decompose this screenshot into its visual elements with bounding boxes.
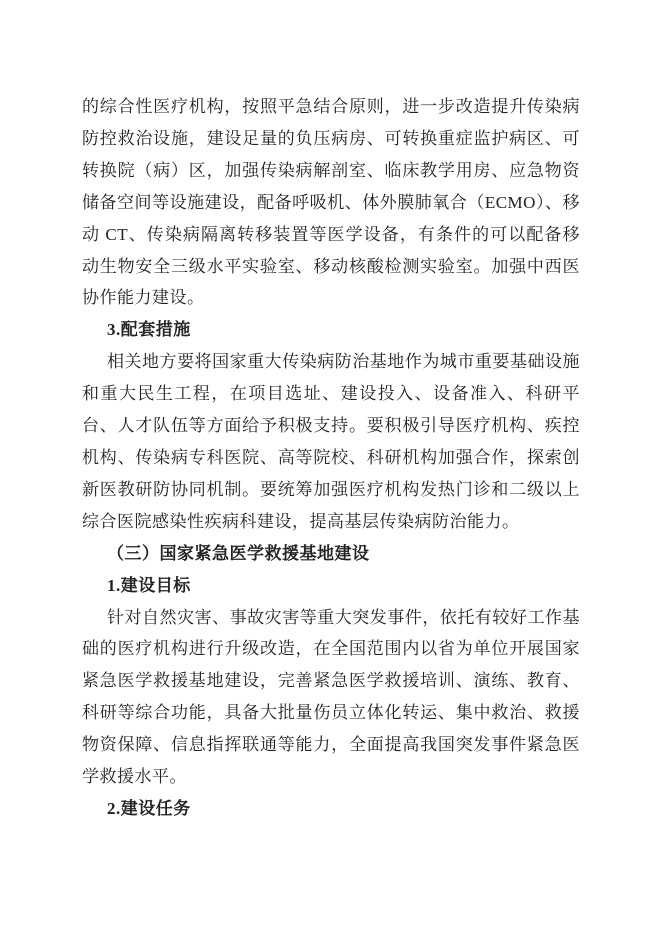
heading-section-three-emergency-medical-rescue-base: （三）国家紧急医学救援基地建设 (82, 538, 580, 570)
paragraph-treatment-facilities-continuation: 的综合性医疗机构，按照平急结合原则，进一步改造提升传染病防控救治设施，建设足量的… (82, 91, 580, 314)
heading-construction-goal: 1.建设目标 (82, 570, 580, 602)
text-column: 的综合性医疗机构，按照平急结合原则，进一步改造提升传染病防控救治设施，建设足量的… (82, 91, 580, 825)
heading-construction-tasks: 2.建设任务 (82, 793, 580, 825)
paragraph-construction-goal: 针对自然灾害、事故灾害等重大突发事件，依托有较好工作基础的医疗机构进行升级改造，… (82, 602, 580, 793)
paragraph-supporting-measures: 相关地方要将国家重大传染病防治基地作为城市重要基础设施和重大民生工程，在项目选址… (82, 346, 580, 537)
document-page: 的综合性医疗机构，按照平急结合原则，进一步改造提升传染病防控救治设施，建设足量的… (0, 0, 660, 930)
heading-supporting-measures: 3.配套措施 (82, 314, 580, 346)
